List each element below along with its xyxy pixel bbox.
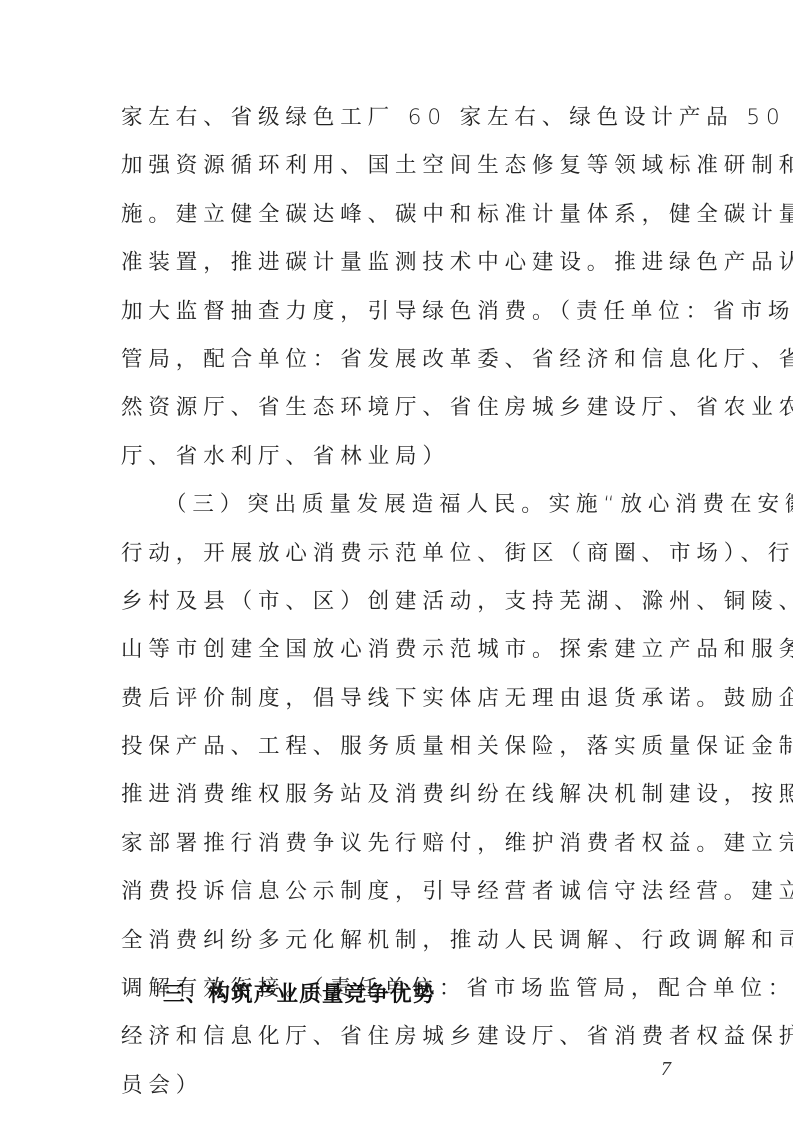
text-line: 投保产品、工程、服务质量相关保险，落实质量保证金制度。 (121, 723, 681, 771)
text-line: 家部署推行消费争议先行赔付，维护消费者权益。建立完善 (121, 820, 681, 868)
text-line: 行动，开展放心消费示范单位、街区（商圈、市场）、行业、 (121, 530, 681, 578)
text-line: 家左右、省级绿色工厂 60 家左右、绿色设计产品 50 个左右。 (121, 94, 681, 142)
text-line: 乡村及县（市、区）创建活动，支持芜湖、滁州、铜陵、黄 (121, 578, 681, 626)
body-text: 家左右、省级绿色工厂 60 家左右、绿色设计产品 50 个左右。 加强资源循环利… (121, 94, 681, 1110)
text-line: 山等市创建全国放心消费示范城市。探索建立产品和服务消 (121, 626, 681, 674)
text-line: 加大监督抽查力度，引导绿色消费。（责任单位：省市场监 (121, 288, 681, 336)
text-line: 经济和信息化厅、省住房城乡建设厅、省消费者权益保护委 (121, 1013, 681, 1061)
text-line: 然资源厅、省生态环境厅、省住房城乡建设厅、省农业农村 (121, 384, 681, 432)
page-number: 7 (661, 1058, 671, 1081)
text-line: 厅、省水利厅、省林业局） (121, 433, 681, 481)
text-line: 推进消费维权服务站及消费纠纷在线解决机制建设，按照国 (121, 771, 681, 819)
text-line: 施。建立健全碳达峰、碳中和标准计量体系，健全碳计量标 (121, 191, 681, 239)
text-line: 费后评价制度，倡导线下实体店无理由退货承诺。鼓励企业 (121, 675, 681, 723)
section-heading: 三、构筑产业质量竞争优势 (163, 972, 435, 1018)
text-line: 准装置，推进碳计量监测技术中心建设。推进绿色产品认证， (121, 239, 681, 287)
text-line: 员会） (121, 1062, 681, 1110)
text-line: 管局，配合单位：省发展改革委、省经济和信息化厅、省自 (121, 336, 681, 384)
paragraph-green-standards: 家左右、省级绿色工厂 60 家左右、绿色设计产品 50 个左右。 加强资源循环利… (121, 94, 681, 481)
document-page: 家左右、省级绿色工厂 60 家左右、绿色设计产品 50 个左右。 加强资源循环利… (0, 0, 793, 1122)
text-line: 全消费纠纷多元化解机制，推动人民调解、行政调解和司法 (121, 917, 681, 965)
paragraph-first-line: （三）突出质量发展造福人民。实施“放心消费在安徽” (121, 481, 681, 529)
text-line: 消费投诉信息公示制度，引导经营者诚信守法经营。建立健 (121, 868, 681, 916)
text-line: 加强资源循环利用、国土空间生态修复等领域标准研制和实 (121, 142, 681, 190)
